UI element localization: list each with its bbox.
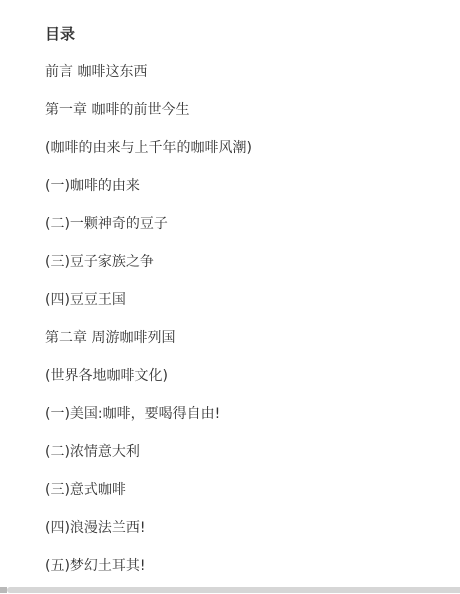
toc-line-preface: 前言 咖啡这东西 bbox=[45, 64, 440, 80]
document-page: 目录 前言 咖啡这东西 第一章 咖啡的前世今生 (咖啡的由来与上千年的咖啡风潮)… bbox=[0, 0, 460, 594]
toc-line-chapter1-subtitle: (咖啡的由来与上千年的咖啡风潮) bbox=[45, 140, 440, 156]
toc-line-ch2-section5: (五)梦幻土耳其! bbox=[45, 558, 440, 574]
toc-line-ch2-section3: (三)意式咖啡 bbox=[45, 482, 440, 498]
toc-line-ch1-section4: (四)豆豆王国 bbox=[45, 292, 440, 308]
toc-line-ch1-section1: (一)咖啡的由来 bbox=[45, 178, 440, 194]
toc-line-ch2-section4: (四)浪漫法兰西! bbox=[45, 520, 440, 536]
toc-heading: 目录 bbox=[45, 26, 440, 42]
toc-line-ch2-section1: (一)美国:咖啡，要喝得自由! bbox=[45, 406, 440, 422]
horizontal-scrollbar[interactable] bbox=[0, 585, 460, 594]
toc-line-ch1-section3: (三)豆子家族之争 bbox=[45, 254, 440, 270]
horizontal-scrollbar-thumb[interactable] bbox=[7, 587, 460, 593]
toc-line-chapter1: 第一章 咖啡的前世今生 bbox=[45, 102, 440, 118]
toc-line-chapter2: 第二章 周游咖啡列国 bbox=[45, 330, 440, 346]
toc-line-ch1-section2: (二)一颗神奇的豆子 bbox=[45, 216, 440, 232]
toc-line-ch2-section2: (二)浓情意大利 bbox=[45, 444, 440, 460]
toc-line-chapter2-subtitle: (世界各地咖啡文化) bbox=[45, 368, 440, 384]
table-of-contents: 目录 前言 咖啡这东西 第一章 咖啡的前世今生 (咖啡的由来与上千年的咖啡风潮)… bbox=[0, 0, 460, 574]
scrollbar-corner bbox=[0, 587, 7, 593]
